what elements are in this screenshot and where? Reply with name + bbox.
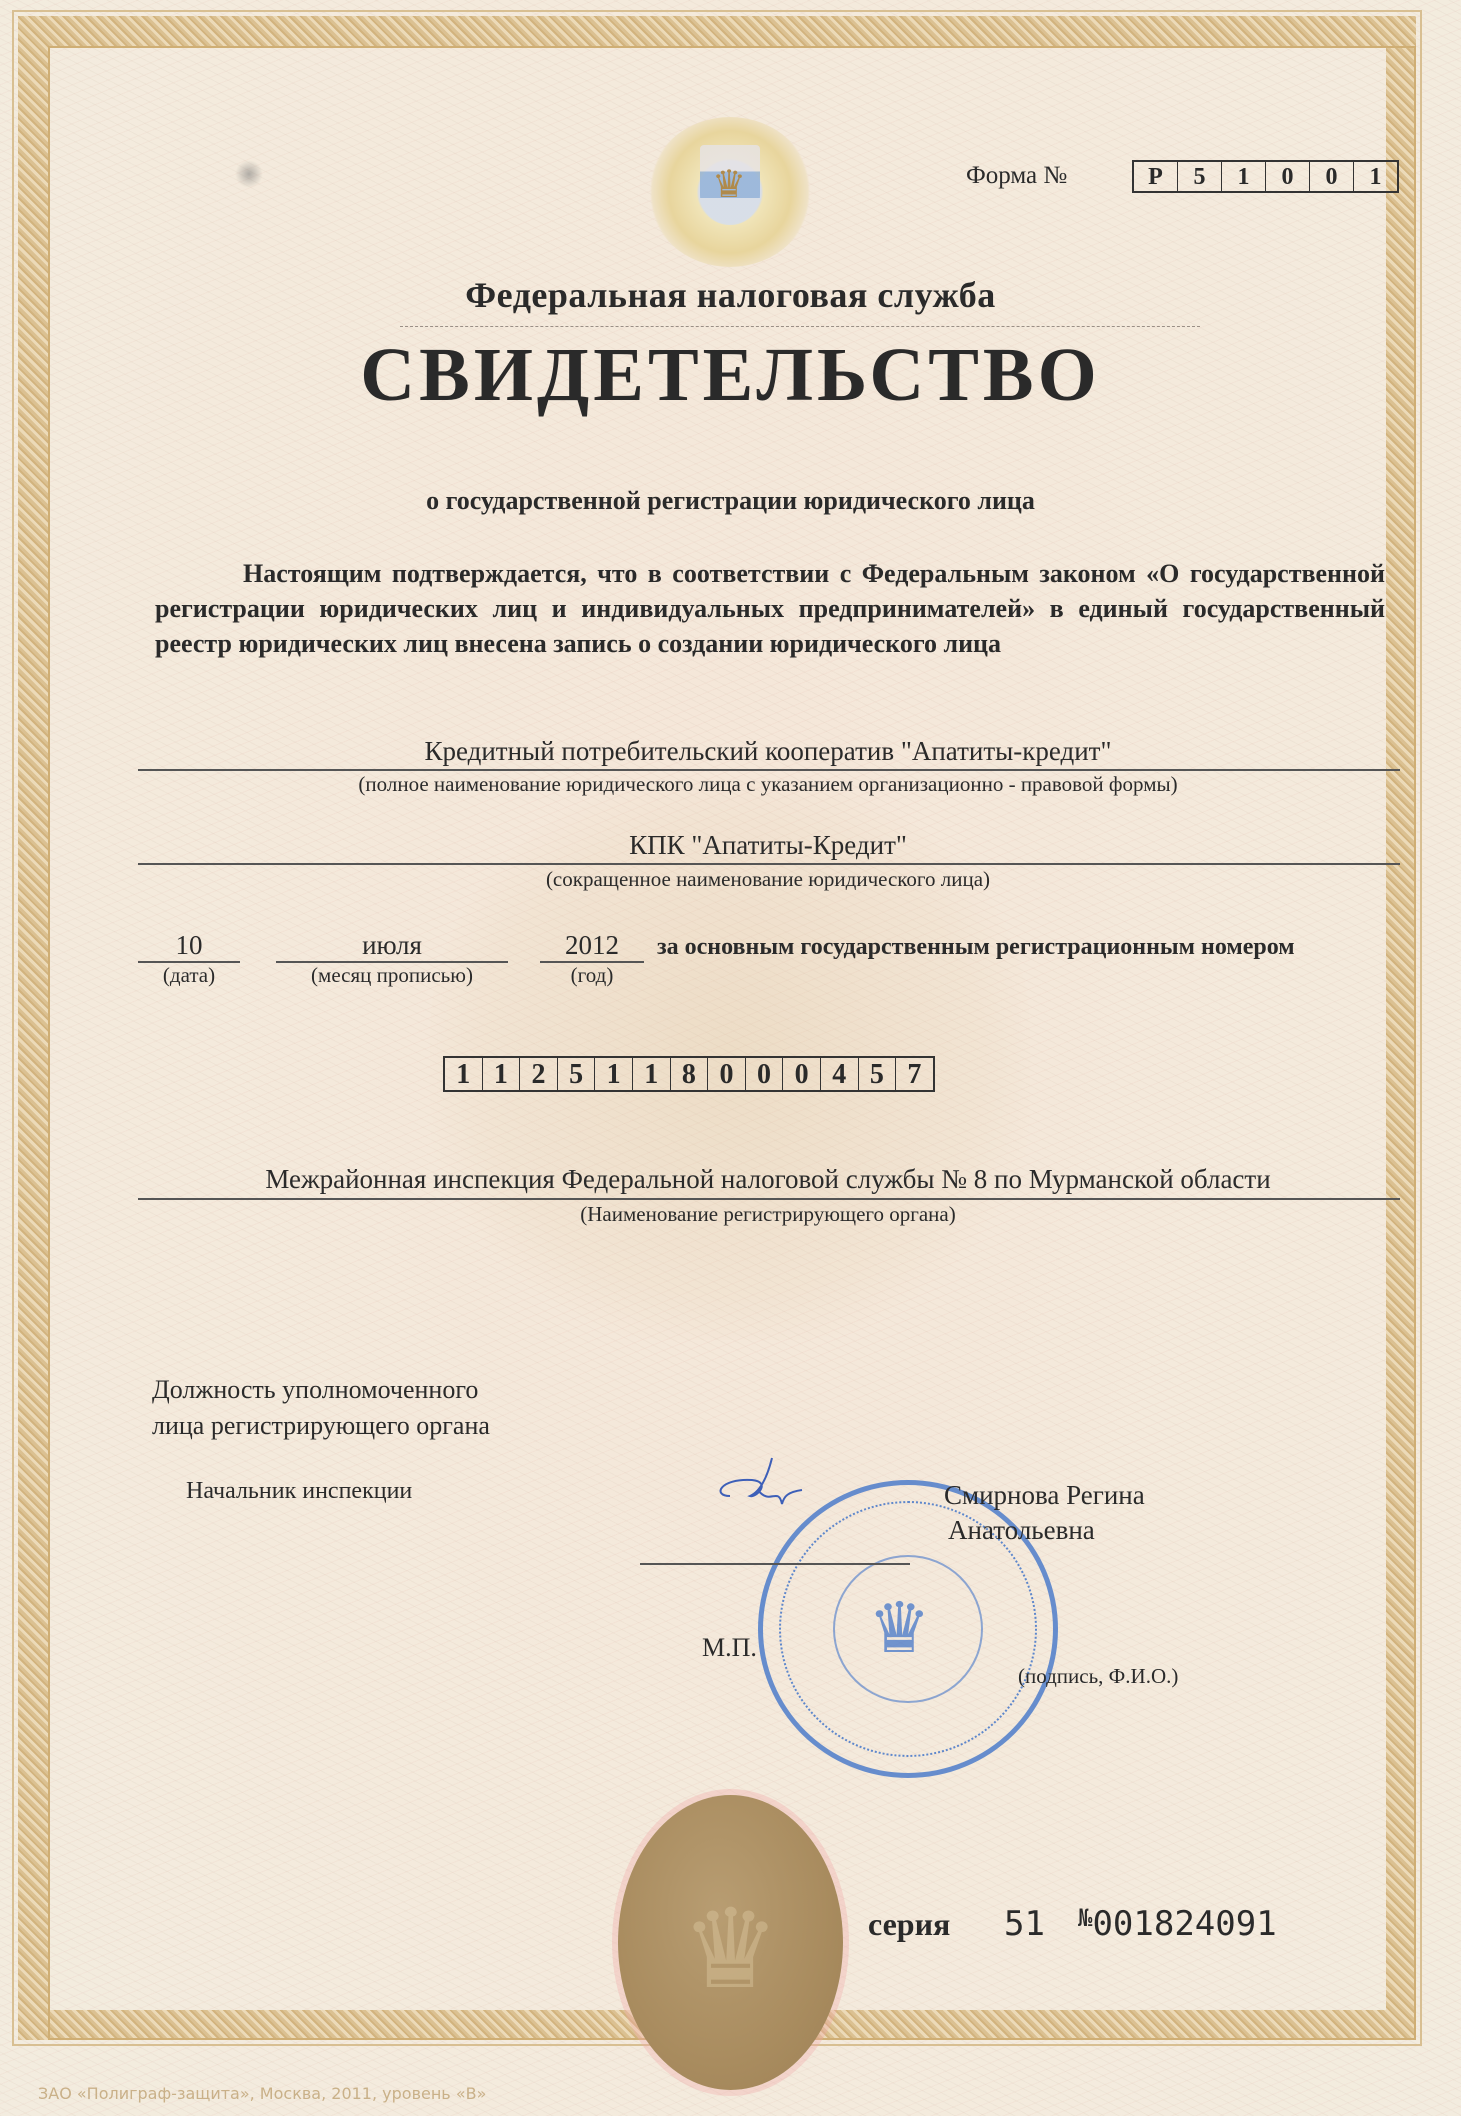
entity-full-name-caption: (полное наименование юридического лица с… bbox=[138, 772, 1398, 797]
serial-number-value: 001824091 bbox=[1092, 1904, 1276, 1944]
position-label: Должность уполномоченного лица регистрир… bbox=[152, 1372, 490, 1444]
position-label-line2: лица регистрирующего органа bbox=[152, 1408, 490, 1444]
ogrn-digit: 5 bbox=[859, 1058, 897, 1090]
authority-name: Межрайонная инспекция Федеральной налого… bbox=[138, 1164, 1398, 1195]
signatory-name-line1: Смирнова Регина bbox=[944, 1478, 1145, 1513]
hologram-emblem-icon: ♛ bbox=[648, 117, 812, 267]
position-label-line1: Должность уполномоченного bbox=[152, 1372, 490, 1408]
authority-caption: (Наименование регистрирующего органа) bbox=[138, 1202, 1398, 1227]
registration-month-field: июля (месяц прописью) bbox=[276, 930, 508, 988]
form-code-char: 0 bbox=[1266, 162, 1310, 191]
form-code-char: 0 bbox=[1310, 162, 1354, 191]
eagle-emboss-icon: ♛ bbox=[618, 1885, 843, 2014]
form-code-char: 1 bbox=[1222, 162, 1266, 191]
ogrn-digit: 7 bbox=[896, 1058, 933, 1090]
ogrn-boxes: 1 1 2 5 1 1 8 0 0 0 4 5 7 bbox=[443, 1056, 935, 1092]
document-subtitle: о государственной регистрации юридическо… bbox=[0, 486, 1461, 516]
ogrn-digit: 1 bbox=[483, 1058, 521, 1090]
series-label: серия bbox=[868, 1906, 950, 1943]
entity-short-name: КПК "Апатиты-Кредит" bbox=[138, 830, 1398, 861]
registration-month: июля bbox=[276, 930, 508, 961]
ink-smudge bbox=[235, 160, 263, 188]
ogrn-digit: 5 bbox=[558, 1058, 596, 1090]
printer-note: ЗАО «Полиграф-защита», Москва, 2011, уро… bbox=[38, 2084, 486, 2103]
ogrn-digit: 8 bbox=[671, 1058, 709, 1090]
form-code-char: Р bbox=[1134, 162, 1178, 191]
ogrn-digit: 4 bbox=[821, 1058, 859, 1090]
ogrn-digit: 1 bbox=[445, 1058, 483, 1090]
registration-day-caption: (дата) bbox=[138, 963, 240, 988]
entity-short-name-caption: (сокращенное наименование юридического л… bbox=[138, 867, 1398, 892]
document-title: СВИДЕТЕЛЬСТВО bbox=[0, 332, 1461, 419]
entity-full-name: Кредитный потребительский кооператив "Ап… bbox=[138, 736, 1398, 767]
certification-text: Настоящим подтверждается, что в соответс… bbox=[155, 559, 1385, 658]
ogrn-intro-text: за основным государственным регистрацион… bbox=[657, 934, 1295, 961]
eagle-icon: ♛ bbox=[868, 1590, 931, 1670]
signatory-name: Смирнова Регина Анатольевна bbox=[944, 1478, 1145, 1548]
ogrn-digit: 2 bbox=[520, 1058, 558, 1090]
registration-year-caption: (год) bbox=[540, 963, 644, 988]
serial-number: №001824091 bbox=[1078, 1904, 1277, 1944]
gold-seal-icon: ♛ bbox=[618, 1795, 843, 2090]
registration-year-field: 2012 (год) bbox=[540, 930, 644, 988]
signature-caption: (подпись, Ф.И.О.) bbox=[1018, 1664, 1178, 1689]
ogrn-digit: 1 bbox=[633, 1058, 671, 1090]
ogrn-digit: 0 bbox=[746, 1058, 784, 1090]
form-code-char: 5 bbox=[1178, 162, 1222, 191]
signatory-position: Начальник инспекции bbox=[186, 1478, 412, 1505]
ogrn-digit: 1 bbox=[595, 1058, 633, 1090]
signatory-name-line2: Анатольевна bbox=[944, 1513, 1145, 1548]
form-label: Форма № bbox=[966, 162, 1067, 190]
series-value: 51 bbox=[1004, 1904, 1045, 1944]
registration-year: 2012 bbox=[540, 930, 644, 961]
ogrn-digit: 0 bbox=[708, 1058, 746, 1090]
form-code-char: 1 bbox=[1354, 162, 1397, 191]
stamp-place-label: М.П. bbox=[702, 1633, 757, 1663]
certificate-sheet: ♛ Форма № Р 5 1 0 0 1 Федеральная налого… bbox=[0, 0, 1461, 2116]
ogrn-digit: 0 bbox=[783, 1058, 821, 1090]
entity-short-name-line bbox=[138, 863, 1400, 865]
agency-divider bbox=[400, 326, 1200, 327]
registration-day-field: 10 (дата) bbox=[138, 930, 240, 988]
entity-full-name-line bbox=[138, 769, 1400, 771]
agency-name: Федеральная налоговая служба bbox=[0, 274, 1461, 316]
authority-name-line bbox=[138, 1198, 1400, 1200]
signature-line bbox=[640, 1563, 910, 1565]
number-sign: № bbox=[1078, 1904, 1092, 1932]
signature-icon bbox=[712, 1456, 822, 1516]
registration-day: 10 bbox=[138, 930, 240, 961]
registration-month-caption: (месяц прописью) bbox=[276, 963, 508, 988]
form-code-boxes: Р 5 1 0 0 1 bbox=[1132, 160, 1399, 193]
certification-paragraph: Настоящим подтверждается, что в соответс… bbox=[155, 556, 1385, 661]
eagle-icon: ♛ bbox=[712, 162, 746, 207]
